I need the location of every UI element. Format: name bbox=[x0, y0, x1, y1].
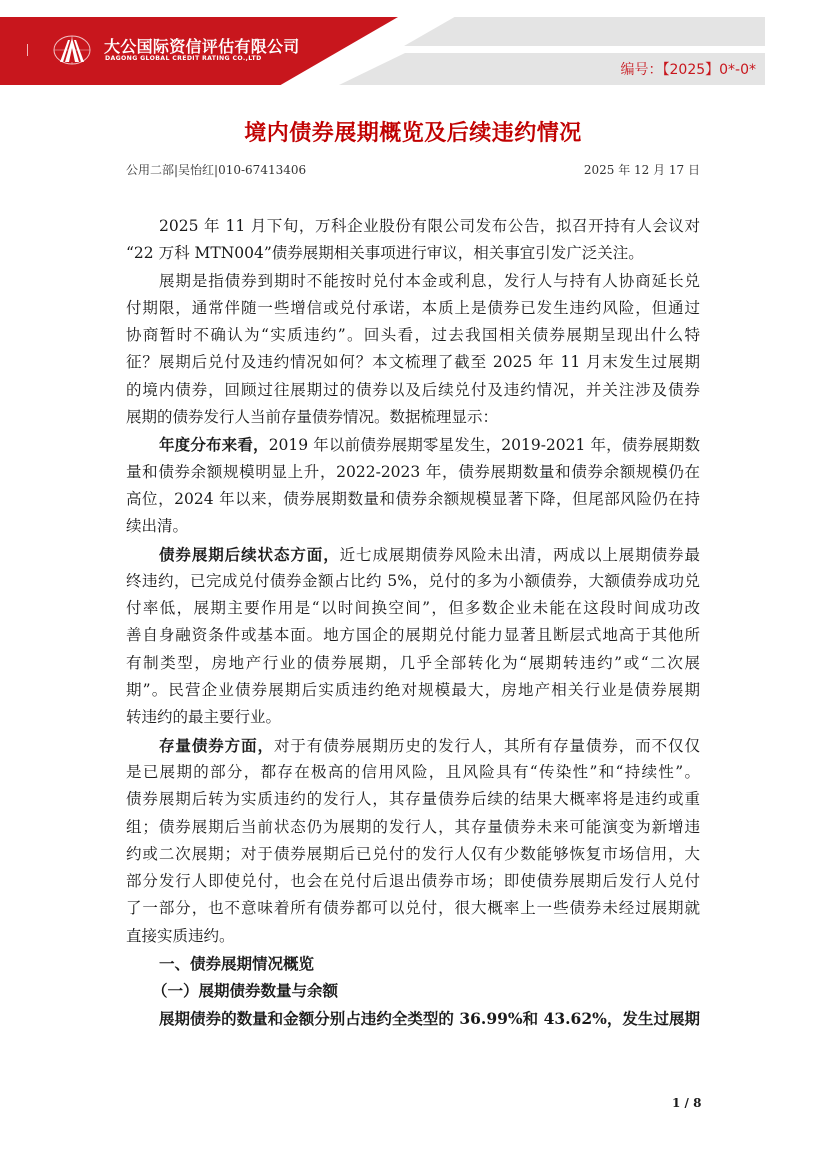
document-number: 编号：【2025】0*-0* bbox=[621, 59, 757, 79]
text-line: 高位，2024 年以来，债券展期数量和债券余额规模显著下降，但尾部风险仍在持 bbox=[126, 486, 700, 513]
text-span: 近七成展期债券风险未出清，两成以上展期债券最 bbox=[340, 546, 700, 564]
text-line: 的境内债券，回顾过往展期过的债券以及后续兑付及违约情况，并关注涉及债券 bbox=[126, 377, 700, 404]
text-line: 善自身融资条件或基本面。地方国企的展期兑付能力显著且断层式地高于其他所 bbox=[126, 622, 700, 649]
paragraph-outstanding-bonds: 存量债券方面，对于有债券展期历史的发行人，其所有存量债券，而不仅仅 是已展期的部… bbox=[126, 732, 700, 950]
text-line: 部分发行人即使兑付，也会在兑付后退出债券市场；即使债券展期后发行人兑付 bbox=[126, 868, 700, 895]
report-date: 2025 年 12 月 17 日 bbox=[584, 161, 700, 178]
report-body: 2025 年 11 月下旬，万科企业股份有限公司发布公告，拟召开持有人会议对 “… bbox=[126, 213, 700, 1032]
brand-name-cn: 大公国际资信评估有限公司 bbox=[104, 34, 300, 57]
author-info: 公用二部|吴怡红|010-67413406 bbox=[126, 161, 306, 178]
text-span: 对于有债券展期历史的发行人，其所有存量债券，而不仅仅 bbox=[274, 737, 700, 755]
text-line: 量和债券余额规模明显上升，2022-2023 年，债券展期数量和债券余额规模仍在 bbox=[126, 459, 700, 486]
brand-name-en: DAGONG GLOBAL CREDIT RATING CO.,LTD bbox=[105, 55, 262, 62]
text-line: 协商暂时不确认为“实质违约”。回头看，过去我国相关债券展期呈现出什么特 bbox=[126, 322, 700, 349]
text-line: 债券展期后续状态方面，近七成展期债券风险未出清，两成以上展期债券最 bbox=[126, 541, 700, 568]
text-line: 有制类型，房地产行业的债券展期，几乎全部转化为“展期转违约”或“二次展 bbox=[126, 650, 700, 677]
section-lead-line: 展期债券的数量和金额分别占违约全类型的 36.99%和 43.62%，发生过展期 bbox=[126, 1005, 700, 1032]
paragraph-intro: 2025 年 11 月下旬，万科企业股份有限公司发布公告，拟召开持有人会议对 “… bbox=[126, 213, 700, 268]
header-divider bbox=[27, 44, 28, 56]
text-line: 付期限，通常伴随一些增信或兑付承诺，本质上是债券已发生违约风险，但通过 bbox=[126, 295, 700, 322]
text-line: 约或二次展期；对于债券展期后已兑付的发行人仅有少数能够恢复市场信用，大 bbox=[126, 841, 700, 868]
text-line: 续出清。 bbox=[126, 513, 700, 540]
text-line: 了一部分，也不意味着所有债券都可以兑付，很大概率上一些债券未经过展期就 bbox=[126, 895, 700, 922]
paragraph-post-extension-status: 债券展期后续状态方面，近七成展期债券风险未出清，两成以上展期债券最 终违约，已完… bbox=[126, 541, 700, 732]
lead-phrase: 年度分布来看， bbox=[159, 435, 269, 454]
text-line: 付率低，展期主要作用是“以时间换空间”，但多数企业未能在这段时间成功改 bbox=[126, 595, 700, 622]
section-heading-2: （一）展期债券数量与余额 bbox=[126, 977, 700, 1004]
page-title: 境内债券展期概览及后续违约情况 bbox=[0, 116, 826, 147]
text-line: 是已展期的部分，都存在极高的信用风险，且风险具有“传染性”和“持续性”。 bbox=[126, 759, 700, 786]
text-line: 征？展期后兑付及违约情况如何？本文梳理了截至 2025 年 11 月末发生过展期 bbox=[126, 349, 700, 376]
text-line: 存量债券方面，对于有债券展期历史的发行人，其所有存量债券，而不仅仅 bbox=[126, 732, 700, 759]
text-line: 展期是指债券到期时不能按时兑付本金或利息，发行人与持有人协商延长兑 bbox=[126, 268, 700, 295]
text-line: “22 万科 MTN004”债券展期相关事项进行审议，相关事宜引发广泛关注。 bbox=[126, 240, 700, 267]
dagong-logo-icon bbox=[52, 34, 92, 66]
text-line: 2025 年 11 月下旬，万科企业股份有限公司发布公告，拟召开持有人会议对 bbox=[126, 213, 700, 240]
paragraph-definition: 展期是指债券到期时不能按时兑付本金或利息，发行人与持有人协商延长兑 付期限，通常… bbox=[126, 268, 700, 432]
text-line: 组；债券展期后当前状态仍为展期的发行人，其存量债券未来可能演变为新增违 bbox=[126, 814, 700, 841]
text-line: 债券展期后转为实质违约的发行人，其存量债券后续的结果大概率将是违约或重 bbox=[126, 786, 700, 813]
text-line: 直接实质违约。 bbox=[126, 923, 700, 950]
lead-phrase: 存量债券方面， bbox=[159, 736, 274, 755]
header-gray-stripe-top bbox=[404, 17, 765, 46]
section-heading-1: 一、债券展期情况概览 bbox=[126, 950, 700, 977]
text-span: 2019 年以前债券展期零星发生，2019-2021 年，债券展期数 bbox=[269, 436, 700, 454]
paragraph-annual-distribution: 年度分布来看，2019 年以前债券展期零星发生，2019-2021 年，债券展期… bbox=[126, 431, 700, 540]
page-number: 1 / 8 bbox=[672, 1096, 701, 1110]
text-line: 年度分布来看，2019 年以前债券展期零星发生，2019-2021 年，债券展期… bbox=[126, 431, 700, 458]
text-line: 终违约，已完成兑付债券金额占比约 5%，兑付的多为小额债券，大额债券成功兑 bbox=[126, 568, 700, 595]
text-line: 转违约的最主要行业。 bbox=[126, 704, 700, 731]
lead-phrase: 债券展期后续状态方面， bbox=[159, 545, 340, 564]
text-line: 展期的债券发行人当前存量债券情况。数据梳理显示： bbox=[126, 404, 700, 431]
text-line: 期”。民营企业债券展期后实质违约绝对规模最大，房地产相关行业是债券展期 bbox=[126, 677, 700, 704]
